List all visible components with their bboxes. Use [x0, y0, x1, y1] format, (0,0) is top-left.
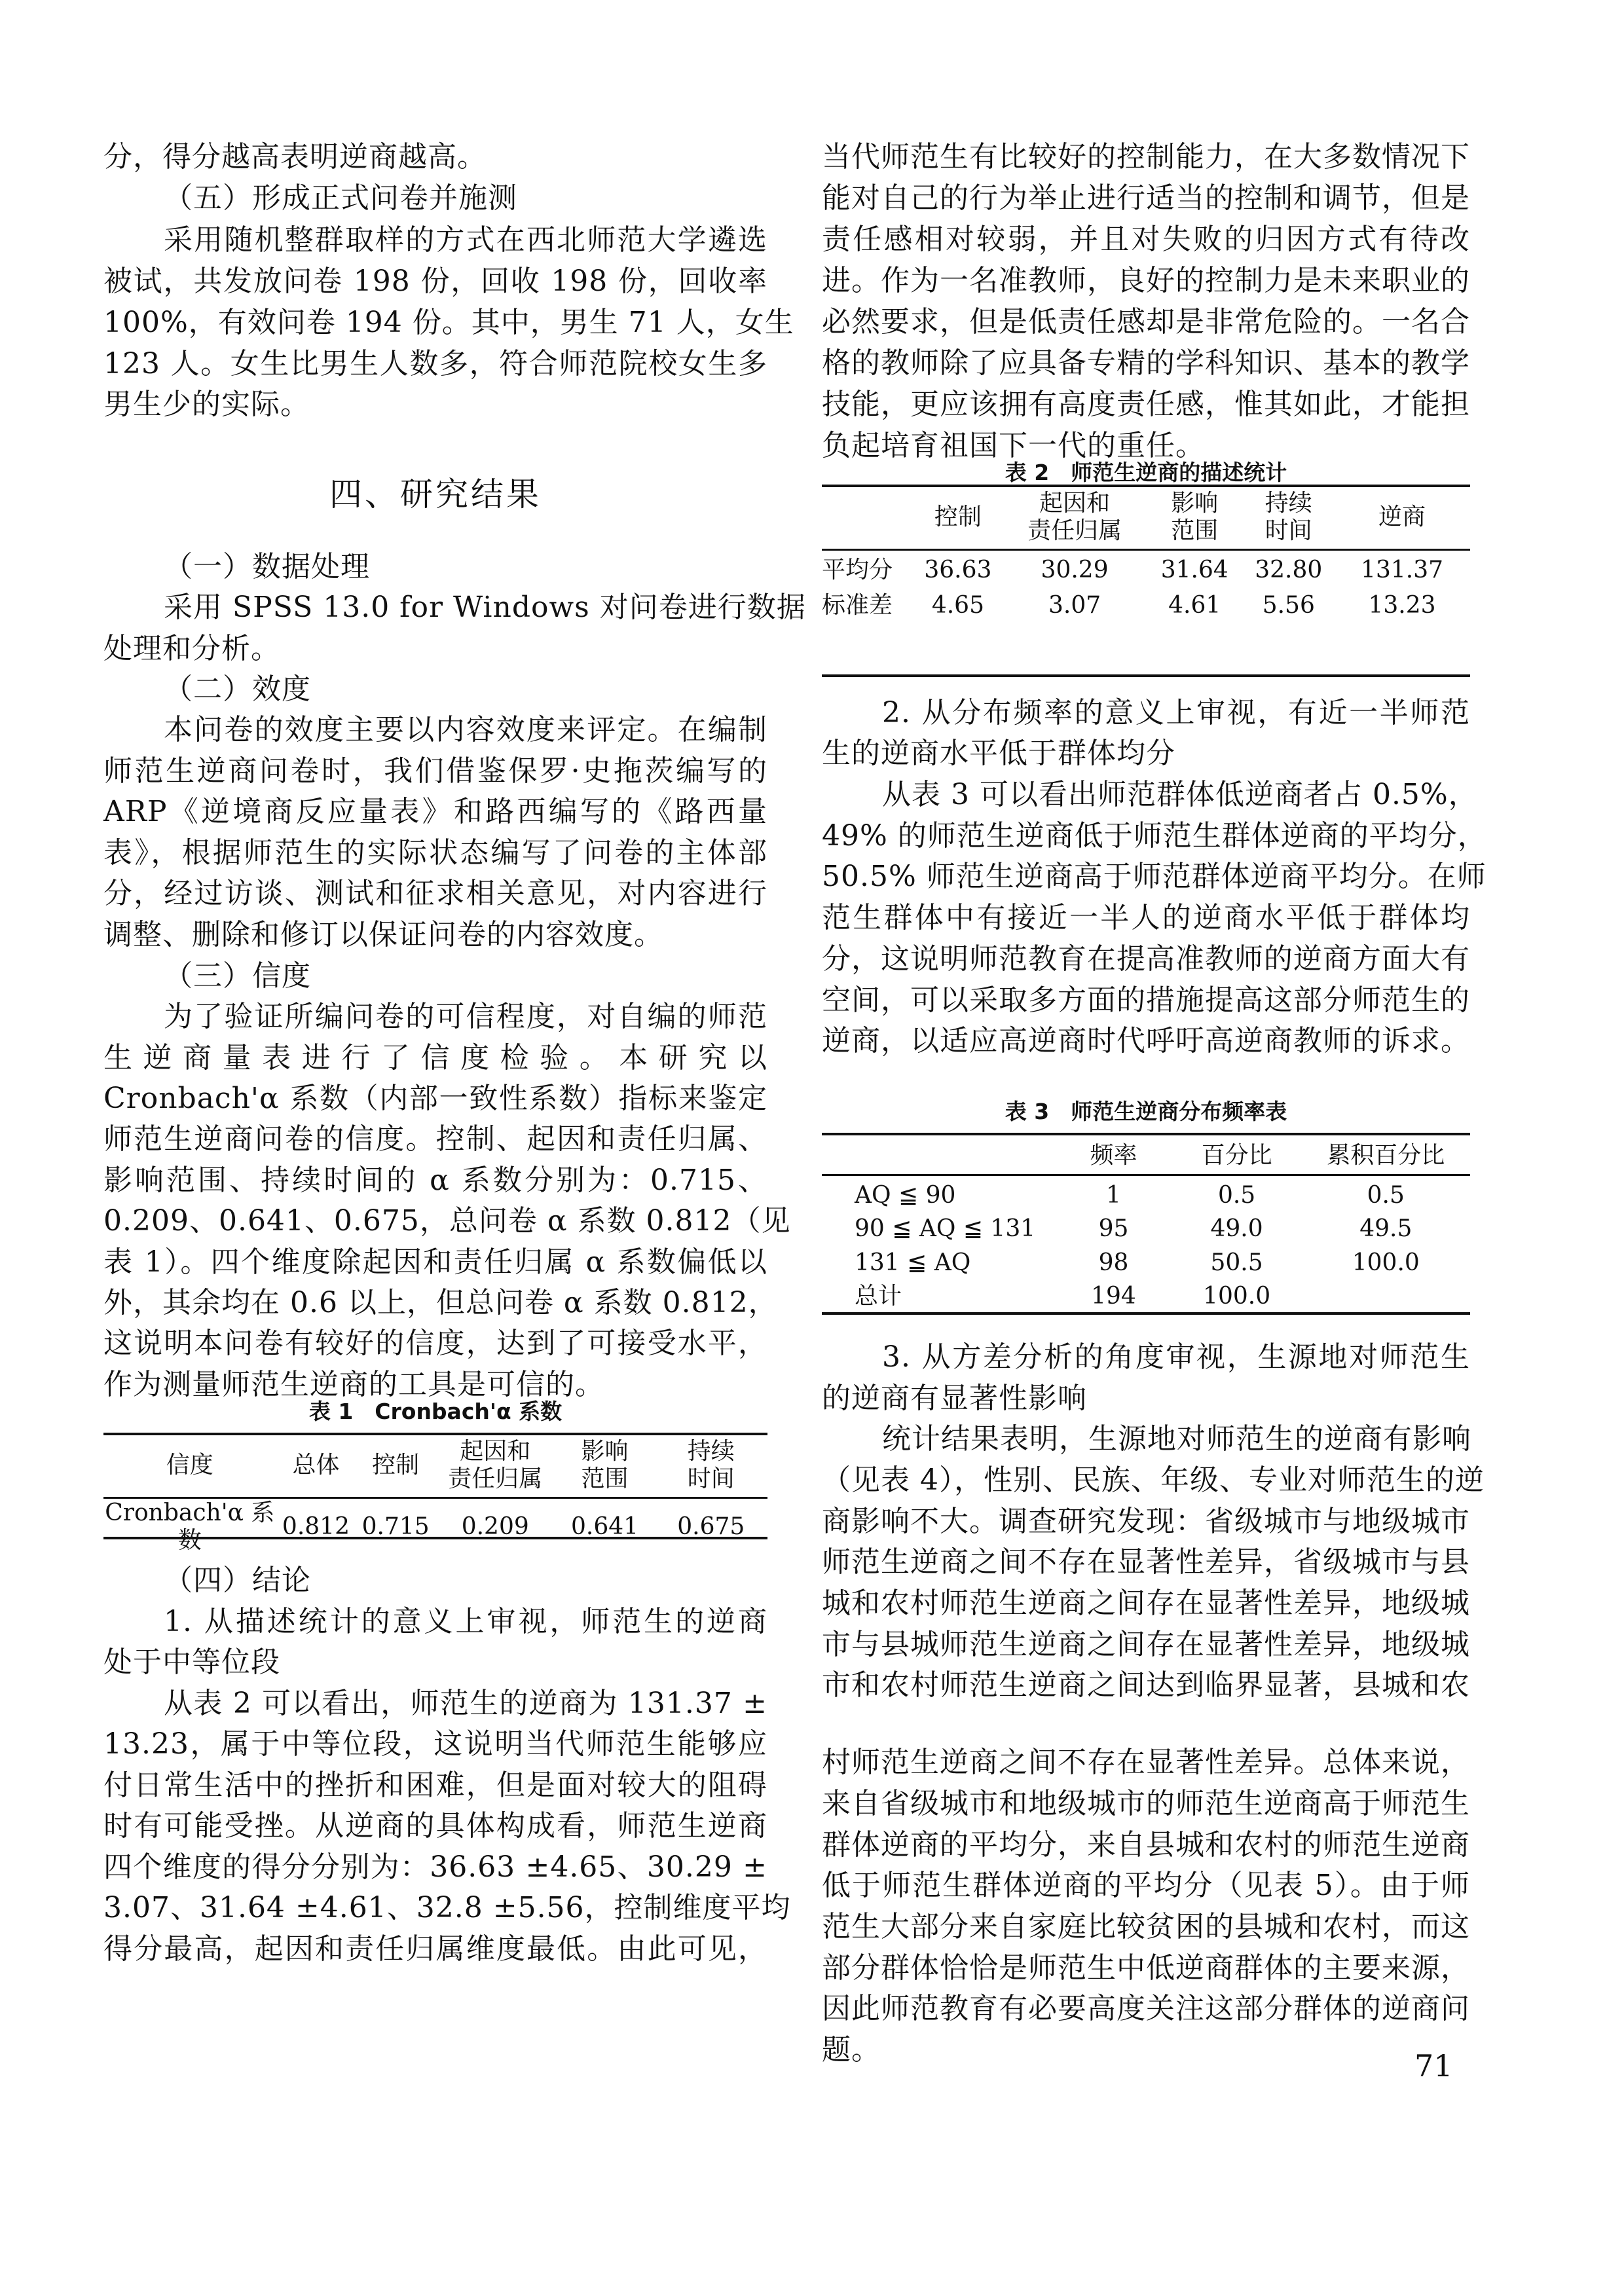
- paragraph-line: 从表 2 可以看出，师范生的逆商为 131.37 ±: [103, 1683, 767, 1724]
- paragraph-line: 进。作为一名准教师，良好的控制力是未来职业的: [822, 261, 1470, 301]
- paragraph-line: 师范生逆商问卷时，我们借鉴保罗·史拖茨编写的: [103, 751, 767, 792]
- paragraph-line: 123 人。女生比男生人数多，符合师范院校女生多: [103, 344, 767, 384]
- paragraph-line: 部分群体恰恰是师范生中低逆商群体的主要来源，: [822, 1948, 1470, 1989]
- table-row: 平均分 36.63 30.29 31.64 32.80 131.37: [822, 553, 1470, 588]
- table1-header-cell: 信度: [103, 1437, 276, 1494]
- paragraph-line: 范生群体中有接近一半人的逆商水平低于群体均: [822, 898, 1470, 938]
- paragraph-line: 本问卷的效度主要以内容效度来评定。在编制: [103, 710, 767, 750]
- paragraph-line: 处于中等位段: [103, 1642, 280, 1683]
- section-heading: 四、研究结果: [103, 471, 767, 517]
- paragraph-line: 为了验证所编问卷的可信程度，对自编的师范: [103, 997, 767, 1037]
- table2-header: 控制 起因和责任归属 影响范围 持续时间 逆商: [822, 487, 1470, 547]
- subsection-heading: （一）数据处理: [103, 547, 370, 587]
- table-row: Cronbach'α 系数 0.812 0.715 0.209 0.641 0.…: [103, 1499, 767, 1554]
- table1-header-cell: 影响范围: [555, 1437, 654, 1494]
- paragraph-line: 得分最高，起因和责任归属维度最低。由此可见，: [103, 1929, 767, 1970]
- paragraph-line: 师范生逆商之间不存在显著性差异，省级城市与县: [822, 1542, 1470, 1583]
- paragraph-line: 外，其余均在 0.6 以上，但总问卷 α 系数 0.812，: [103, 1283, 767, 1323]
- paragraph-line: 能对自己的行为举止进行适当的控制和调节，但是: [822, 178, 1470, 219]
- table3-bottom-rule: [822, 1312, 1470, 1315]
- paragraph-line: 被试，共发放问卷 198 份，回收 198 份，回收率: [103, 261, 767, 302]
- paragraph-line: 0.209、0.641、0.675，总问卷 α 系数 0.812（见: [103, 1201, 767, 1241]
- table3-header-cell: 频率: [1055, 1138, 1172, 1173]
- subsection-heading: （五）形成正式问卷并施测: [103, 178, 517, 219]
- table3-body: AQ ≦ 90 1 0.5 0.5 90 ≦ AQ ≦ 131 95 49.0 …: [822, 1179, 1470, 1313]
- paragraph-line: 空间，可以采取多方面的措施提高这部分师范生的: [822, 980, 1470, 1021]
- paragraph-line: 这说明本问卷有较好的信度，达到了可接受水平，: [103, 1323, 767, 1364]
- subsection-heading: （四）结论: [103, 1560, 311, 1601]
- paragraph-line: 生逆商量表进行了信度检验。本研究以: [103, 1038, 767, 1078]
- paragraph-line: Cronbach'α 系数（内部一致性系数）指标来鉴定: [103, 1078, 767, 1119]
- paragraph-line: 分，得分越高表明逆商越高。: [103, 137, 487, 177]
- paragraph-line: 责任感相对较弱，并且对失败的归因方式有待改: [822, 219, 1470, 260]
- table3-mid-rule: [822, 1174, 1470, 1176]
- subsection-heading: （三）信度: [103, 956, 311, 997]
- table1-caption: 表 1 Cronbach'α 系数: [103, 1397, 767, 1426]
- paragraph-line: 逆商，以适应高逆商时代呼吁高逆商教师的诉求。: [822, 1021, 1470, 1061]
- paragraph-line: 商影响不大。调查研究发现：省级城市与地级城市: [822, 1501, 1470, 1542]
- table3-header: 频率 百分比 累积百分比: [822, 1138, 1470, 1173]
- paragraph-line: 师范生逆商问卷的信度。控制、起因和责任归属、: [103, 1119, 767, 1160]
- paragraph-line: 生的逆商水平低于群体均分: [822, 733, 1175, 774]
- table2-header-cell: 控制: [913, 487, 1004, 547]
- paragraph-line: 表 1）。四个维度除起因和责任归属 α 系数偏低以: [103, 1242, 767, 1283]
- table2-header-cell: 影响范围: [1146, 487, 1244, 547]
- paragraph-line: 村师范生逆商之间不存在显著性差异。总体来说，: [822, 1742, 1470, 1783]
- paragraph-line: 必然要求，但是低责任感却是非常危险的。一名合: [822, 302, 1470, 342]
- paragraph-line: 采用 SPSS 13.0 for Windows 对问卷进行数据: [103, 587, 767, 628]
- subsection-heading: （二）效度: [103, 669, 311, 710]
- paragraph-line: 调整、删除和修订以保证问卷的内容效度。: [103, 915, 663, 955]
- paragraph-line: 49% 的师范生逆商低于师范生群体逆商的平均分，: [822, 816, 1470, 856]
- table3-header-cell: 百分比: [1172, 1138, 1302, 1173]
- paragraph-line: 因此师范教育有必要高度关注这部分群体的逆商问: [822, 1989, 1470, 2029]
- paragraph-line: 100%，有效问卷 194 份。其中，男生 71 人，女生: [103, 303, 767, 343]
- table2-header-cell: 起因和责任归属: [1003, 487, 1146, 547]
- paragraph-line: 2. 从分布频率的意义上审视，有近一半师范: [822, 693, 1470, 733]
- paragraph-line: 的逆商有显著性影响: [822, 1378, 1087, 1419]
- paragraph-line: 格的教师除了应具备专精的学科知识、基本的教学: [822, 343, 1470, 384]
- table1-header-cell: 持续时间: [655, 1437, 767, 1494]
- table1-header-cell: 起因和责任归属: [435, 1437, 555, 1494]
- paragraph-line: 当代师范生有比较好的控制能力，在大多数情况下: [822, 137, 1470, 177]
- table1-top-rule: [103, 1433, 767, 1435]
- paragraph-line: 低于师范生群体逆商的平均分（见表 5）。由于师: [822, 1865, 1470, 1906]
- table-row: AQ ≦ 90 1 0.5 0.5: [822, 1179, 1470, 1213]
- table2-caption: 表 2 师范生逆商的描述统计: [822, 458, 1470, 487]
- paragraph-line: 3.07、31.64 ±4.61、32.8 ±5.56，控制维度平均: [103, 1888, 767, 1928]
- table1-mid-rule: [103, 1497, 767, 1499]
- page-number: 71: [1414, 2046, 1453, 2085]
- paragraph-line: 范生大部分来自家庭比较贫困的县城和农村，而这: [822, 1907, 1470, 1947]
- table3-caption: 表 3 师范生逆商分布频率表: [822, 1097, 1470, 1126]
- paragraph-line: 题。: [822, 2030, 881, 2070]
- paragraph-line: ARP《逆境商反应量表》和路西编写的《路西量: [103, 792, 767, 832]
- paragraph-line: 市和农村师范生逆商之间达到临界显著，县城和农: [822, 1665, 1470, 1706]
- paragraph-line: 四个维度的得分分别为：36.63 ±4.65、30.29 ±: [103, 1847, 767, 1888]
- table2-header-cell: 逆商: [1334, 487, 1470, 547]
- paragraph-line: 从表 3 可以看出师范群体低逆商者占 0.5%，: [822, 775, 1470, 815]
- table-row: 131 ≦ AQ 98 50.5 100.0: [822, 1246, 1470, 1280]
- paragraph-line: 50.5% 师范生逆商高于师范群体逆商平均分。在师: [822, 856, 1470, 897]
- table2-header-cell: 持续时间: [1243, 487, 1334, 547]
- paragraph-line: 群体逆商的平均分，来自县城和农村的师范生逆商: [822, 1825, 1470, 1865]
- table-row: 总计 194 100.0: [822, 1280, 1470, 1314]
- table1-header-cell: 总体: [276, 1437, 356, 1494]
- table2-bottom-rule: [822, 674, 1470, 677]
- paragraph-line: 处理和分析。: [103, 629, 280, 669]
- paragraph-line: 付日常生活中的挫折和困难，但是面对较大的阻碍: [103, 1765, 767, 1806]
- table3-top-rule: [822, 1133, 1470, 1135]
- paragraph-line: 来自省级城市和地级城市的师范生逆商高于师范生: [822, 1784, 1470, 1824]
- table1-header-cell: 控制: [356, 1437, 435, 1494]
- table-row: 标准差 4.65 3.07 4.61 5.56 13.23: [822, 588, 1470, 623]
- paragraph-line: （见表 4），性别、民族、年级、专业对师范生的逆: [822, 1460, 1470, 1501]
- table2-body: 平均分 36.63 30.29 31.64 32.80 131.37 标准差 4…: [822, 553, 1470, 623]
- paragraph-line: 分，经过访谈、测试和征求相关意见，对内容进行: [103, 873, 767, 914]
- paragraph-line: 技能，更应该拥有高度责任感，惟其如此，才能担: [822, 384, 1470, 425]
- paragraph-line: 统计结果表明，生源地对师范生的逆商有影响: [822, 1419, 1470, 1460]
- paragraph-line: 1. 从描述统计的意义上审视，师范生的逆商: [103, 1602, 767, 1642]
- paragraph-line: 采用随机整群取样的方式在西北师范大学遴选: [103, 220, 767, 261]
- table3-header-cell: 累积百分比: [1302, 1138, 1470, 1173]
- paragraph-line: 影响范围、持续时间的 α 系数分别为：0.715、: [103, 1160, 767, 1201]
- table1-bottom-rule: [103, 1537, 767, 1539]
- paragraph-line: 表》，根据师范生的实际状态编写了问卷的主体部: [103, 833, 767, 873]
- table1-header: 信度 总体 控制 起因和责任归属 影响范围 持续时间: [103, 1437, 767, 1494]
- table-row: 90 ≦ AQ ≦ 131 95 49.0 49.5: [822, 1213, 1470, 1247]
- table1-body: Cronbach'α 系数 0.812 0.715 0.209 0.641 0.…: [103, 1499, 767, 1554]
- paragraph-line: 男生少的实际。: [103, 384, 310, 425]
- paragraph-line: 3. 从方差分析的角度审视，生源地对师范生: [822, 1337, 1470, 1378]
- paragraph-line: 市与县城师范生逆商之间存在显著性差异，地级城: [822, 1625, 1470, 1665]
- paragraph-line: 时有可能受挫。从逆商的具体构成看，师范生逆商: [103, 1806, 767, 1846]
- table2-mid-rule: [822, 549, 1470, 551]
- paragraph-line: 分，这说明师范教育在提高准教师的逆商方面大有: [822, 939, 1470, 980]
- paragraph-line: 13.23，属于中等位段，这说明当代师范生能够应: [103, 1724, 767, 1765]
- paragraph-line: 城和农村师范生逆商之间存在显著性差异，地级城: [822, 1583, 1470, 1624]
